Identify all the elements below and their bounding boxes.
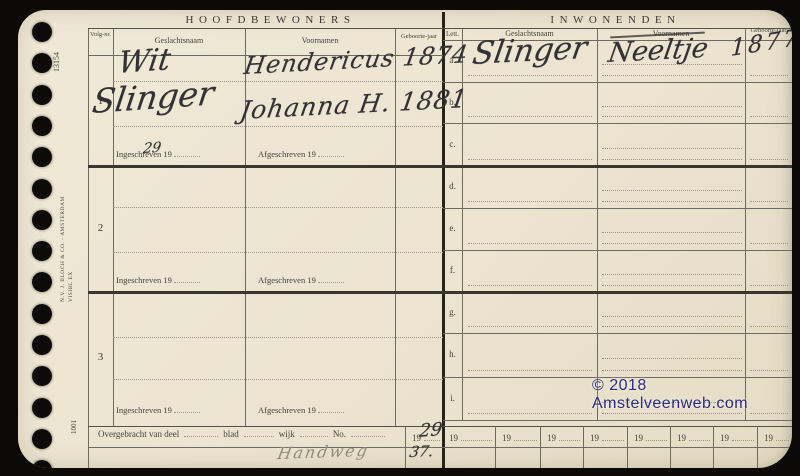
writing-line: [468, 116, 592, 117]
letter-label: g.: [443, 307, 462, 317]
jaar-printed: 19: [764, 433, 773, 443]
binder-hole: [32, 53, 52, 73]
copyright-watermark: © 2018 Amstelveenweb.com: [592, 377, 800, 413]
jaar-cell: 19: [713, 426, 757, 447]
printer-imprint-line2: N.V. J. BLOCH & CO. - AMSTERDAM: [60, 178, 66, 302]
ingeschreven-label: Ingeschreven 19: [116, 275, 200, 285]
binder-hole: [32, 398, 52, 418]
letter-label: e.: [443, 223, 462, 233]
binder-hole: [32, 460, 52, 468]
writing-line: [468, 370, 592, 371]
dotted-blank: [318, 282, 344, 283]
writing-line: [602, 201, 742, 202]
writing-line: [602, 159, 742, 160]
grid-line: [443, 208, 792, 209]
jaar-printed: 19: [547, 433, 556, 443]
grid-line: [540, 447, 541, 468]
binder-hole: [32, 304, 52, 324]
col-header-lett: Lett.: [441, 30, 464, 38]
dotted-blank: [689, 440, 710, 441]
writing-line: [113, 252, 443, 253]
afgeschreven-label: Afgeschreven 19: [258, 405, 344, 415]
blad-label: blad: [223, 429, 239, 439]
binder-hole: [32, 210, 52, 230]
handwriting-ingeschreven-jaar: 29: [142, 140, 162, 157]
dotted-blank: [318, 156, 344, 157]
dotted-blank: [174, 412, 200, 413]
form-number: 1001: [70, 408, 78, 434]
handwriting-street: Handweg: [276, 441, 371, 463]
volgnr-3: 3: [88, 351, 113, 363]
binder-hole: [32, 179, 52, 199]
dotted-blank: [559, 440, 580, 441]
handwriting-geslachtsnaam-2: Slinger: [90, 73, 217, 121]
writing-line: [602, 326, 742, 327]
jaar-cell: 19: [757, 426, 792, 447]
handwriting-geslachtsnaam-1: Wit: [116, 42, 173, 81]
overgebracht-row: Overgebracht van deel blad wijk No.: [98, 429, 390, 439]
grid-line: [88, 291, 792, 294]
afgeschreven-label: Afgeschreven 19: [258, 275, 344, 285]
ingeschreven-label: Ingeschreven 19: [116, 405, 200, 415]
serial-number: 13154: [52, 26, 61, 72]
grid-line: [443, 123, 792, 124]
binder-hole: [32, 241, 52, 261]
printer-imprint-line1: VISIBL EX: [68, 178, 74, 302]
writing-line: [113, 379, 443, 380]
grid-line: [627, 447, 628, 468]
dotted-blank: [514, 440, 537, 441]
grid-line: [757, 447, 758, 468]
writing-line: [750, 413, 788, 414]
handwriting-jaar-29: 29: [418, 419, 443, 442]
binder-hole: [32, 366, 52, 386]
writing-line: [750, 243, 788, 244]
jaar-printed: 19: [590, 433, 599, 443]
col-header-voornamen: Voornamen: [245, 36, 395, 45]
letter-label: b.: [443, 97, 462, 107]
binder-hole: [32, 429, 52, 449]
col-header-volgnr: Volg-nr.: [88, 31, 113, 38]
writing-line: [750, 285, 788, 286]
jaar-cell: 19: [443, 426, 495, 447]
grid-line: [245, 28, 246, 426]
wijk-label: wijk: [279, 429, 295, 439]
dotted-blank: [184, 436, 218, 437]
writing-line: [468, 243, 592, 244]
writing-line: [602, 358, 742, 359]
handwriting-voornamen-1: Hendericus 1874: [242, 40, 470, 80]
binder-hole: [32, 85, 52, 105]
writing-line: [602, 190, 742, 191]
binder-hole: [32, 147, 52, 167]
writing-line: [468, 159, 592, 160]
writing-line: [750, 201, 788, 202]
writing-line: [602, 148, 742, 149]
jaar-printed: 19: [677, 433, 686, 443]
dotted-blank: [776, 440, 789, 441]
grid-line: [88, 165, 792, 168]
grid-line: [443, 420, 792, 421]
writing-line: [750, 326, 788, 327]
dotted-blank: [351, 436, 385, 437]
jaar-printed: 19: [720, 433, 729, 443]
afgeschreven-text: Afgeschreven 19: [258, 149, 316, 159]
writing-line: [468, 285, 592, 286]
writing-line: [602, 75, 742, 76]
no-label: No.: [333, 429, 346, 439]
letter-label: d.: [443, 181, 462, 191]
writing-line: [750, 370, 788, 371]
writing-line: [113, 207, 443, 208]
binder-hole: [32, 22, 52, 42]
jaar-cell: 19: [540, 426, 583, 447]
afgeschreven-label: Afgeschreven 19: [258, 149, 344, 159]
dotted-blank: [174, 156, 200, 157]
grid-line: [713, 447, 714, 468]
grid-line: [443, 82, 792, 83]
handwriting-huisnummer: 37.: [408, 442, 435, 461]
writing-line: [602, 274, 742, 275]
dotted-blank: [300, 436, 328, 437]
grid-line: [443, 250, 792, 251]
ingeschreven-text: Ingeschreven 19: [116, 275, 172, 285]
letter-label: i.: [443, 393, 462, 403]
grid-line: [495, 447, 496, 468]
writing-line: [602, 316, 742, 317]
grid-line: [670, 447, 671, 468]
scanned-register-card: 13154 N.V. J. BLOCH & CO. - AMSTERDAM VI…: [0, 0, 800, 476]
writing-line: [602, 413, 742, 414]
grid-line: [597, 28, 598, 420]
writing-line: [602, 116, 742, 117]
jaar-printed: 19: [634, 433, 643, 443]
jaar-cell: 19: [495, 426, 540, 447]
handwriting-geslachtsnaam-a: Slinger: [470, 30, 590, 72]
dotted-blank: [602, 440, 624, 441]
binder-hole: [32, 116, 52, 136]
letter-label: f.: [443, 265, 462, 275]
dotted-blank: [646, 440, 667, 441]
jaar-cell: 19: [627, 426, 670, 447]
grid-line: [583, 447, 584, 468]
writing-line: [113, 337, 443, 338]
section-title-inwonenden: INWONENDEN: [443, 14, 788, 26]
letter-label: h.: [443, 349, 462, 359]
jaar-cell: 19: [583, 426, 627, 447]
writing-line: [750, 75, 788, 76]
binder-hole: [32, 335, 52, 355]
writing-line: [468, 413, 592, 414]
writing-line: [602, 106, 742, 107]
writing-line: [602, 64, 742, 65]
writing-line: [468, 201, 592, 202]
dotted-blank: [174, 282, 200, 283]
writing-line: [468, 75, 592, 76]
grid-line: [443, 333, 792, 334]
writing-line: [602, 243, 742, 244]
dotted-blank: [318, 412, 344, 413]
col-header-geboortejaar: Geboorte-jaar: [395, 33, 443, 40]
col-header-geslachtsnaam: Geslachtsnaam: [113, 36, 245, 45]
section-title-hoofdbewoners: HOOFDBEWONERS: [98, 14, 443, 26]
dotted-blank: [244, 436, 274, 437]
letter-label: c.: [443, 139, 462, 149]
jaar-cell: 19: [670, 426, 713, 447]
dotted-blank: [461, 440, 492, 441]
writing-line: [750, 159, 788, 160]
writing-line: [750, 116, 788, 117]
grid-line: [745, 28, 746, 420]
afgeschreven-text: Afgeschreven 19: [258, 405, 316, 415]
writing-line: [602, 285, 742, 286]
grid-line: [88, 447, 792, 448]
printer-imprint: N.V. J. BLOCH & CO. - AMSTERDAM VISIBL E…: [60, 178, 74, 302]
grid-line: [88, 28, 89, 468]
letter-label: a.: [443, 55, 462, 65]
volgnr-2: 2: [88, 222, 113, 234]
writing-line: [602, 370, 742, 371]
handwriting-voornamen-2: Johanna H. 1881: [238, 84, 470, 125]
dotted-blank: [732, 440, 754, 441]
binder-hole: [32, 272, 52, 292]
jaar-printed: 19: [502, 433, 511, 443]
ingeschreven-text: Ingeschreven 19: [116, 405, 172, 415]
jaar-printed: 19: [449, 433, 458, 443]
writing-line: [113, 126, 443, 127]
overgebracht-label: Overgebracht van deel: [98, 429, 179, 439]
afgeschreven-text: Afgeschreven 19: [258, 275, 316, 285]
writing-line: [602, 232, 742, 233]
writing-line: [468, 326, 592, 327]
